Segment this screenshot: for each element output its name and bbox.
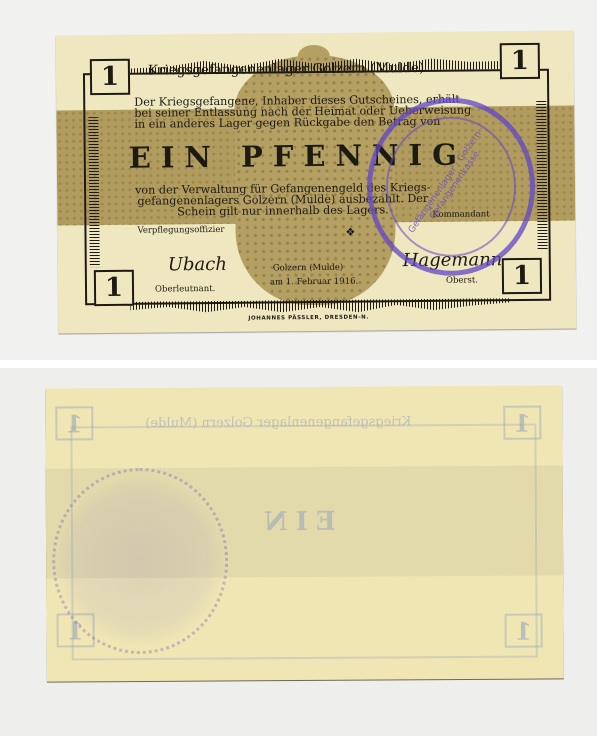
- printer-imprint: JOHANNES PÄSSLER, DRESDEN-N.: [248, 314, 369, 321]
- mirrored-title: Kriegsgefangenenlager Golzern (Mulde): [145, 414, 411, 431]
- mirrored-corner-bottom-right: 1: [504, 614, 542, 648]
- banknote-back: 1 1 1 1 Kriegsgefangenenlager Golzern (M…: [45, 385, 564, 681]
- banknote-front: 1 1 1 1 Kriegsgefangenenlager Golzern (M…: [56, 31, 577, 334]
- denomination-corner-top-left: 1: [90, 59, 130, 95]
- left-signatory-title: Verpflegungsoffizier: [137, 225, 224, 236]
- mirrored-corner-top-right: 1: [503, 406, 541, 440]
- left-rank: Oberleutnant.: [155, 284, 215, 295]
- denomination-corner-top-right: 1: [500, 43, 540, 79]
- faded-stamp-show-through: [52, 467, 229, 654]
- note-title: Kriegsgefangenenlager Golzern (Mulde): [148, 60, 424, 79]
- denomination-corner-bottom-right: 1: [502, 258, 542, 294]
- issue-place: Golzern (Mulde): [273, 263, 343, 274]
- diamond-ornament-icon: ❖: [345, 226, 355, 239]
- right-rank: Oberst.: [446, 275, 478, 285]
- issue-date: am 1. Februar 1916.: [270, 277, 358, 288]
- mirrored-denomination: EIN: [256, 507, 336, 537]
- purple-camp-stamp: Gefangenenlager · Golzern · Gefangenenka…: [366, 97, 536, 277]
- left-signature: Ubach: [168, 254, 227, 276]
- denomination-corner-bottom-left: 1: [94, 270, 134, 306]
- mirrored-corner-top-left: 1: [55, 406, 93, 440]
